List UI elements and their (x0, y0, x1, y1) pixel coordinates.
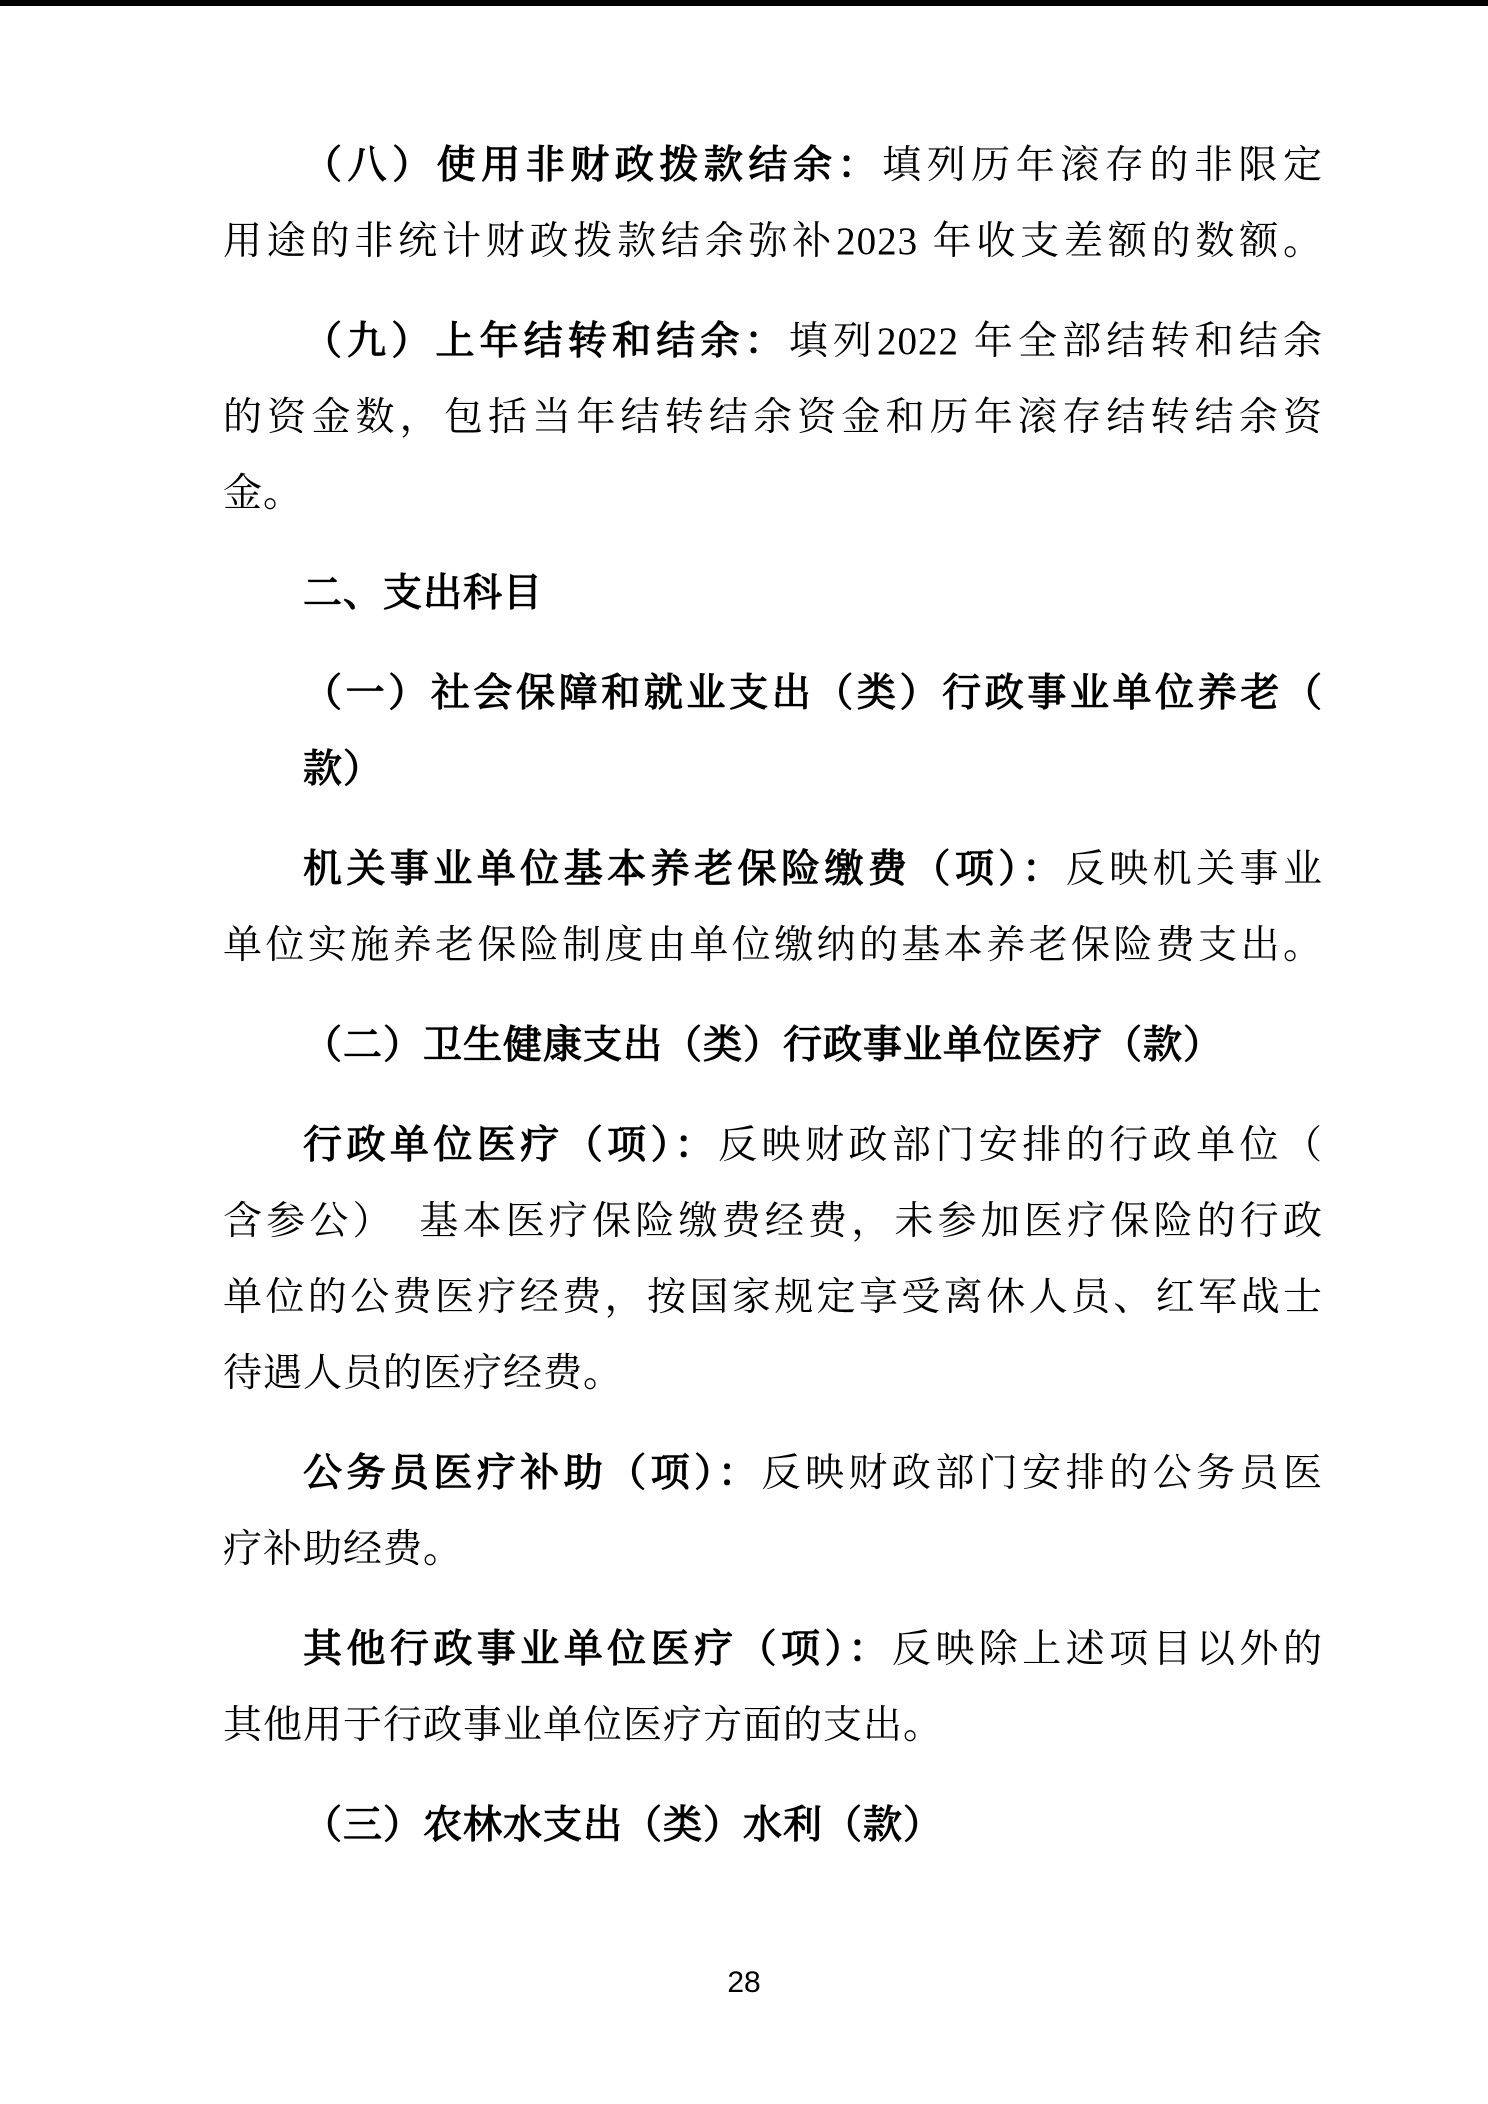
paragraph-item-2: （二）卫生健康支出（类）行政事业单位医疗（款） (223, 1008, 1323, 1084)
line-bold-text: （九）上年结转和结余： (303, 320, 789, 363)
text-line: 单位实施养老保险制度由单位缴纳的基本养老保险费支出。 (223, 908, 1323, 984)
paragraph-other-medical: 其他行政事业单位医疗（项）：反映除上述项目以外的 其他用于行政事业单位医疗方面的… (223, 1612, 1323, 1764)
text-line: 疗补助经费。 (223, 1512, 1323, 1588)
heading-line: （二）卫生健康支出（类）行政事业单位医疗（款） (223, 1008, 1323, 1084)
line-bold-text: （一）社会保障和就业支出（类）行政事业单位养老（ (303, 672, 1323, 715)
text-line: 用途的非统计财政拨款结余弥补2023 年收支差额的数额。 (223, 204, 1323, 280)
line-regular-text: 待遇人员的医疗经费。 (223, 1352, 623, 1395)
line-regular-text: 反映机关事业 (1066, 848, 1323, 891)
line-bold-text: 二、支出科目 (303, 572, 543, 615)
paragraph-item-9: （九）上年结转和结余：填列2022 年全部结转和结余 的资金数，包括当年结转结余… (223, 304, 1323, 532)
paragraph-admin-medical: 行政单位医疗（项）：反映财政部门安排的行政单位（ 含参公） 基本医疗保险缴费经费… (223, 1108, 1323, 1412)
line-bold-text: （二）卫生健康支出（类）行政事业单位医疗（款） (303, 1024, 1223, 1067)
line-regular-text: 反映财政部门安排的行政单位（ (718, 1124, 1323, 1167)
text-line: （九）上年结转和结余：填列2022 年全部结转和结余 (223, 304, 1323, 380)
text-line: 其他用于行政事业单位医疗方面的支出。 (223, 1688, 1323, 1764)
text-line: 行政单位医疗（项）：反映财政部门安排的行政单位（ (223, 1108, 1323, 1184)
line-regular-text: 含参公） 基本医疗保险缴费经费，未参加医疗保险的行政 (223, 1200, 1323, 1243)
section-heading-expenditure: 二、支出科目 (223, 556, 1323, 632)
heading-line: （三）农林水支出（类）水利（款） (223, 1788, 1323, 1864)
line-regular-text: 的资金数，包括当年结转结余资金和历年滚存结转结余资 (223, 396, 1323, 439)
line-regular-text: 用途的非统计财政拨款结余弥补2023 年收支差额的数额。 (223, 220, 1323, 263)
heading-line: 二、支出科目 (223, 556, 1323, 632)
paragraph-civil-servant-medical: 公务员医疗补助（项）：反映财政部门安排的公务员医 疗补助经费。 (223, 1436, 1323, 1588)
line-regular-text: 单位的公费医疗经费，按国家规定享受离休人员、红军战士 (223, 1276, 1323, 1319)
document-body-text: （八）使用非财政拨款结余：填列历年滚存的非限定 用途的非统计财政拨款结余弥补20… (223, 128, 1323, 1888)
line-bold-text: 机关事业单位基本养老保险缴费（项）： (303, 848, 1066, 891)
line-regular-text: 疗补助经费。 (223, 1528, 463, 1571)
text-line: （八）使用非财政拨款结余：填列历年滚存的非限定 (223, 128, 1323, 204)
line-regular-text: 填列历年滚存的非限定 (882, 144, 1323, 187)
text-line: 含参公） 基本医疗保险缴费经费，未参加医疗保险的行政 (223, 1184, 1323, 1260)
line-bold-text: 款） (303, 748, 383, 791)
line-bold-text: （八）使用非财政拨款结余： (303, 144, 882, 187)
text-line: 的资金数，包括当年结转结余资金和历年滚存结转结余资 (223, 380, 1323, 456)
heading-line: （一）社会保障和就业支出（类）行政事业单位养老（ (223, 656, 1323, 732)
text-line: 公务员医疗补助（项）：反映财政部门安排的公务员医 (223, 1436, 1323, 1512)
line-regular-text: 金。 (223, 472, 303, 515)
line-regular-text: 其他用于行政事业单位医疗方面的支出。 (223, 1704, 943, 1747)
paragraph-pension-contribution: 机关事业单位基本养老保险缴费（项）：反映机关事业 单位实施养老保险制度由单位缴纳… (223, 832, 1323, 984)
text-line: 金。 (223, 456, 1323, 532)
line-bold-text: （三）农林水支出（类）水利（款） (303, 1804, 943, 1847)
line-bold-text: 公务员医疗补助（项）： (303, 1452, 762, 1495)
paragraph-item-3: （三）农林水支出（类）水利（款） (223, 1788, 1323, 1864)
line-regular-text: 单位实施养老保险制度由单位缴纳的基本养老保险费支出。 (223, 924, 1323, 967)
line-regular-text: 反映除上述项目以外的 (892, 1628, 1323, 1671)
paragraph-item-1: （一）社会保障和就业支出（类）行政事业单位养老（ 款） (223, 656, 1323, 808)
page-number: 28 (0, 1966, 1488, 2000)
text-line: 其他行政事业单位医疗（项）：反映除上述项目以外的 (223, 1612, 1323, 1688)
line-regular-text: 填列2022 年全部结转和结余 (789, 320, 1323, 363)
line-bold-text: 行政单位医疗（项）： (303, 1124, 718, 1167)
text-line: 单位的公费医疗经费，按国家规定享受离休人员、红军战士 (223, 1260, 1323, 1336)
text-line: 机关事业单位基本养老保险缴费（项）：反映机关事业 (223, 832, 1323, 908)
heading-line: 款） (223, 732, 1323, 808)
paragraph-item-8: （八）使用非财政拨款结余：填列历年滚存的非限定 用途的非统计财政拨款结余弥补20… (223, 128, 1323, 280)
line-bold-text: 其他行政事业单位医疗（项）： (303, 1628, 892, 1671)
text-line: 待遇人员的医疗经费。 (223, 1336, 1323, 1412)
top-border (0, 0, 1488, 6)
document-page: { "page": { "number": "28" }, "colors": … (0, 0, 1488, 2104)
line-regular-text: 反映财政部门安排的公务员医 (762, 1452, 1323, 1495)
